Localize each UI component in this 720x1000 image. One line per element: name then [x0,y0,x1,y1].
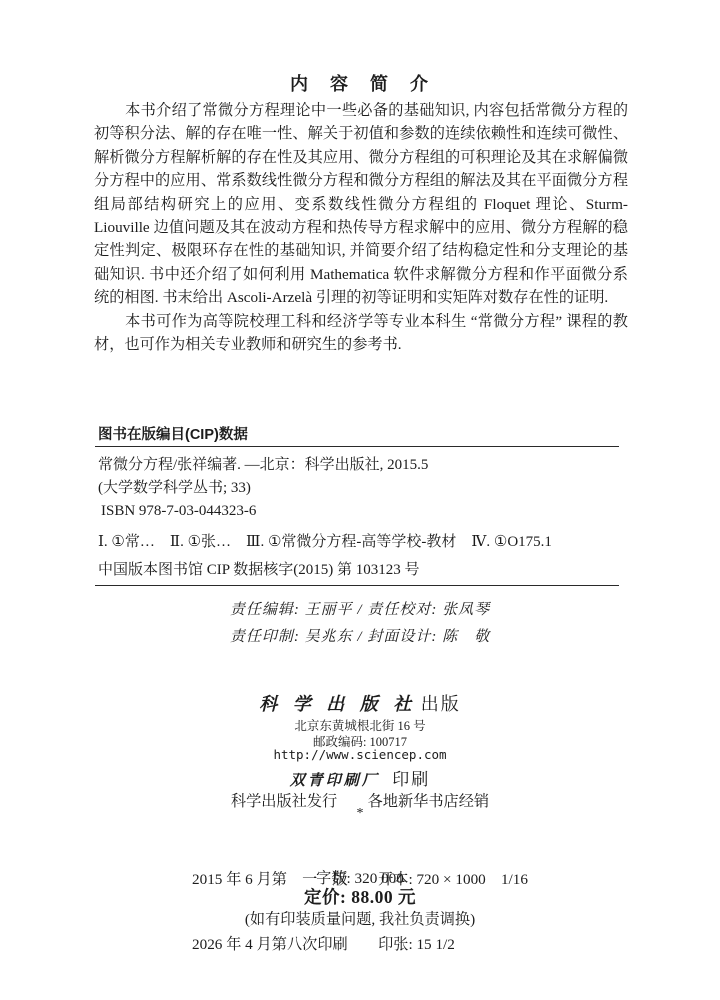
printer-name: 双青印刷厂 [290,773,380,789]
content-summary-title: 内 容 简 介 [0,70,720,96]
intro-paragraph-1: 本书介绍了常微分方程理论中一些必备的基础知识, 内容包括常微分方程的初等积分法、… [94,99,628,310]
cip-rule-bottom [95,585,619,586]
credits-print-design: 责任印制: 吴兆东 / 封面设计: 陈 敬 [0,625,720,646]
cip-record-number: 中国版本图书馆 CIP 数据核字(2015) 第 103123 号 [98,558,420,579]
cip-title-line: 常微分方程/张祥编著. —北京：科学出版社, 2015.5 [98,453,428,474]
cip-classification: Ⅰ. ①常… Ⅱ. ①张… Ⅲ. ①常微分方程-高等学校-教材 Ⅳ. ①O175… [98,530,552,551]
publisher-name: 科 学 出 版 社 [259,694,414,714]
publisher-line: 科 学 出 版 社 出版 [0,690,720,716]
content-summary-body: 本书介绍了常微分方程理论中一些必备的基础知识, 内容包括常微分方程的初等积分法、… [94,99,628,356]
cip-series-line: (大学数学科学丛书; 33) [98,476,251,497]
publisher-name-suffix: 出版 [414,694,461,714]
cip-heading: 图书在版编目(CIP)数据 [98,423,248,444]
publisher-website: http://www.sciencep.com [0,747,720,762]
copyright-page: 内 容 简 介 本书介绍了常微分方程理论中一些必备的基础知识, 内容包括常微分方… [0,0,720,1000]
section-divider-asterisk: * [0,806,720,822]
credits-editors: 责任编辑: 王丽平 / 责任校对: 张凤琴 [0,598,720,619]
printer-line: 双青印刷厂 印刷 [0,765,720,790]
printer-suffix: 印刷 [380,770,431,789]
price-line: 定价: 88.00 元 [0,884,720,909]
printing-line: 2026 年 4 月第八次印刷 印张: 15 1/2 [192,934,528,956]
intro-paragraph-2: 本书可作为高等院校理工科和经济学等专业本科生 “常微分方程” 课程的教材，也可作… [94,310,628,357]
cip-rule-top [95,446,619,447]
quality-notice: (如有印装质量问题, 我社负责调换) [0,908,720,929]
cip-isbn: ISBN 978-7-03-044323-6 [101,503,256,520]
